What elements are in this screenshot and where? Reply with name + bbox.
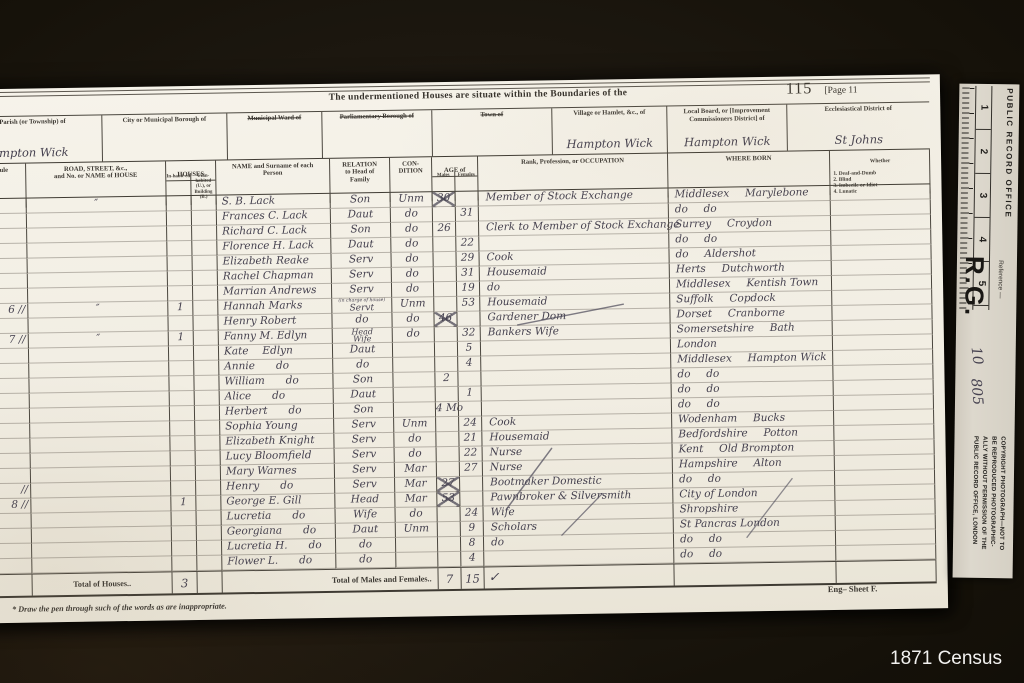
cell-disability: [831, 274, 932, 291]
cell-condition: do: [391, 282, 433, 298]
cell-uninhabited: [191, 226, 216, 241]
cell-road: [31, 556, 171, 573]
header-field-label: Municipal Ward of: [227, 112, 321, 123]
cell-inhabited: [166, 211, 191, 226]
cell-disability: [834, 469, 935, 486]
cell-age-male: [435, 387, 458, 402]
cell-disability: [830, 199, 931, 216]
cell-age-male: 53: [436, 492, 459, 507]
cell-disability: [833, 439, 934, 456]
header-field-civil-parish: Civil Parish (or Township) ofHampton Wic…: [0, 115, 102, 163]
total-houses-value: 3: [171, 572, 196, 593]
ruler-number-value: 3: [977, 193, 988, 199]
cell-disability: [833, 394, 934, 411]
cell-schedule: [0, 199, 26, 215]
cell-age-female: 32: [457, 327, 480, 342]
cell-disability: [829, 184, 930, 201]
cell-inhabited: [169, 436, 194, 451]
cell-age-female: 27: [459, 461, 482, 476]
cell-schedule: [0, 409, 29, 425]
cell-relation: do: [335, 553, 395, 569]
cell-age-female: 5: [457, 341, 480, 356]
cell-condition: [392, 372, 434, 388]
cell-age-male: [434, 357, 457, 372]
cell-disability: [831, 289, 932, 306]
cell-age-female: 22: [459, 446, 482, 461]
disability-whether: Whether: [833, 157, 927, 164]
cell-disability: [832, 364, 933, 381]
cell-age-female: [459, 476, 482, 491]
cell-condition: do: [390, 222, 432, 238]
cell-disability: [834, 484, 935, 501]
cell-schedule: [0, 289, 27, 305]
cell-age-male: [432, 252, 455, 267]
cell-age-male: [432, 237, 455, 252]
cell-age-female: 19: [456, 282, 479, 297]
cell-age-female: [457, 371, 480, 386]
cell-inhabited: [171, 541, 196, 556]
cell-age-male: 27: [436, 477, 459, 492]
cell-relation: Serv: [334, 478, 394, 494]
header-field-label: Town of: [432, 108, 551, 119]
cell-uninhabited: [193, 361, 218, 376]
cell-relation: Daut: [330, 208, 390, 224]
cell-inhabited: [168, 346, 193, 361]
cell-condition: do: [390, 207, 432, 223]
cell-age-male: [434, 342, 457, 357]
cell-condition: do: [390, 252, 432, 268]
cell-uninhabited: [195, 481, 220, 496]
header-field-parliamentary-borough: Parliamentary Borough of: [321, 110, 432, 158]
cell-disability: [832, 319, 933, 336]
cell-uninhabited: [192, 286, 217, 301]
cell-condition: do: [394, 507, 436, 523]
pro-reference-strip: 12345 PUBLIC RECORD OFFICE R.G. Referenc…: [953, 84, 1020, 579]
cell-age-male: 26: [432, 222, 455, 237]
cell-uninhabited: [196, 511, 221, 526]
totals-empty-disab: [835, 560, 936, 583]
cell-uninhabited: [191, 211, 216, 226]
cell-disability: [830, 244, 931, 261]
cell-inhabited: [167, 286, 192, 301]
cell-inhabited: [166, 196, 191, 211]
cell-age-male: [437, 552, 460, 567]
cell-relation: Daut: [335, 523, 395, 539]
cell-schedule: [0, 259, 27, 275]
page-number: 115 [Page 11: [786, 80, 858, 99]
cell-schedule: [0, 379, 29, 395]
cell-schedule: [0, 424, 29, 440]
cell-age-male: [433, 267, 456, 282]
cell-relation: Son: [332, 373, 392, 389]
cell-disability: [835, 529, 936, 546]
header-field-ecclesiastical-district: Ecclesiastical District ofSt Johns: [786, 102, 930, 150]
copyright-line: PUBLIC RECORD OFFICE, LONDON: [969, 436, 980, 572]
copyright-notice: COPYRIGHT PHOTOGRAPH—NOT TOBE REPRODUCED…: [969, 436, 1007, 572]
cell-inhabited: [169, 421, 194, 436]
cell-uninhabited: [193, 331, 218, 346]
header-field-value: [433, 151, 552, 153]
cell-uninhabited: [195, 451, 220, 466]
cell-inhabited: [167, 256, 192, 271]
header-field-value: [228, 155, 322, 156]
cell-age-female: [455, 192, 478, 207]
reference-label: Reference —: [996, 260, 1004, 350]
cell-condition: Unm: [393, 417, 435, 433]
cell-age-female: [456, 312, 479, 327]
cell-inhabited: [169, 391, 194, 406]
header-field-value: [103, 156, 227, 158]
cell-schedule: [0, 244, 27, 260]
cell-relation: Son: [330, 193, 390, 209]
header-field-value: Hampton Wick: [553, 136, 667, 152]
cell-schedule: [0, 544, 31, 560]
header-field-label: Civil Parish (or Township) of: [0, 115, 101, 127]
cell-inhabited: [171, 556, 196, 571]
header-field-municipal-ward: Municipal Ward of: [226, 112, 322, 159]
cell-age-female: 4: [460, 551, 483, 566]
cell-age-female: 53: [456, 297, 479, 312]
cell-schedule: [0, 514, 31, 530]
cell-relation: Serv: [334, 448, 394, 464]
ruler-number: 2: [975, 130, 991, 174]
cell-disability: [831, 304, 932, 321]
cell-age-male: [437, 522, 460, 537]
cell-schedule: [0, 439, 30, 455]
cell-age-male: [434, 327, 457, 342]
header-field-label: Ecclesiastical District of: [787, 102, 929, 114]
cell-condition: Mar: [394, 462, 436, 478]
totals-checkmark: ✓: [483, 564, 673, 588]
cell-condition: Mar: [394, 477, 436, 493]
cell-age-male: [433, 297, 456, 312]
cell-inhabited: [168, 376, 193, 391]
cell-condition: [392, 357, 434, 373]
cell-disability: [833, 424, 934, 441]
cell-uninhabited: [196, 556, 221, 571]
cell-age-male: 2: [434, 372, 457, 387]
header-field-town: Town of: [431, 108, 552, 156]
cell-occupation: [483, 548, 673, 566]
header-field-value: [323, 153, 432, 155]
cell-schedule: [0, 559, 31, 575]
ruler-number: 1: [976, 86, 992, 130]
cell-age-female: 21: [458, 431, 481, 446]
cell-inhabited: [167, 316, 192, 331]
cell-inhabited: [167, 271, 192, 286]
cell-disability: [831, 259, 932, 276]
cell-age-female: [459, 491, 482, 506]
cell-uninhabited: [192, 316, 217, 331]
cell-inhabited: 1: [170, 496, 195, 511]
cell-condition: do: [391, 267, 433, 283]
reference-piece: 805: [967, 378, 985, 406]
cell-condition: do: [392, 327, 434, 343]
cell-uninhabited: [193, 346, 218, 361]
cell-disability: [833, 409, 934, 426]
cell-age-male: 4 Mo: [435, 402, 458, 417]
cell-schedule: [0, 349, 28, 365]
cell-schedule: [0, 229, 26, 245]
cell-disability: [835, 514, 936, 531]
cell-inhabited: 1: [168, 331, 193, 346]
folio-number: 115: [786, 80, 813, 97]
cell-age-male: [436, 462, 459, 477]
cell-condition: [395, 537, 437, 553]
header-field-local-board: Local Board, or [Improvement Commissione…: [666, 105, 787, 153]
cell-name: Flower L. do: [221, 554, 335, 571]
header-field-label: City or Municipal Borough of: [102, 113, 226, 124]
total-females-value: 15: [460, 567, 483, 588]
cell-schedule: 7 ∕∕: [0, 334, 28, 350]
cell-uninhabited: [193, 376, 218, 391]
cell-inhabited: [166, 241, 191, 256]
census-page: The undermentioned Houses are situate wi…: [0, 74, 948, 624]
cell-disability: [830, 214, 931, 231]
cell-disability: [834, 454, 935, 471]
cell-relation: Daut: [330, 238, 390, 254]
totals-empty-born: [673, 562, 835, 586]
cell-relation: Daut: [332, 343, 392, 359]
cell-uninhabited: [195, 466, 220, 481]
cell-schedule: 6 ∕∕: [0, 304, 27, 320]
cell-relation: Serv: [334, 463, 394, 479]
header-field-label: Parliamentary Borough of: [322, 110, 431, 121]
page-label: [Page 11: [824, 86, 857, 97]
sheet-label: Eng– Sheet F.: [828, 583, 878, 594]
cell-disability: [830, 229, 931, 246]
reference-series: 10: [968, 346, 986, 366]
cell-inhabited: [170, 466, 195, 481]
cell-relation: Head: [334, 493, 394, 509]
cell-age-female: [458, 401, 481, 416]
header-field-city-borough: City or Municipal Borough of: [101, 113, 227, 161]
header-field-label: Local Board, or [Improvement Commissione…: [667, 105, 786, 124]
cell-age-female: 4: [457, 356, 480, 371]
cell-condition: [392, 342, 434, 358]
ruler-number-value: 2: [977, 149, 988, 155]
cell-age-male: [436, 507, 459, 522]
ruler-number: 3: [975, 174, 991, 218]
header-field-label: Village or Hamlet, &c., of: [552, 107, 666, 118]
cell-age-male: [432, 207, 455, 222]
cell-condition: Unm: [395, 522, 437, 538]
cell-age-female: 8: [460, 536, 483, 551]
cell-schedule: [0, 319, 28, 335]
image-caption: 1871 Census: [890, 648, 1002, 670]
cell-inhabited: [169, 406, 194, 421]
cell-disability: [832, 349, 933, 366]
cell-schedule: [0, 454, 30, 470]
cell-inhabited: [166, 226, 191, 241]
cell-age-male: [435, 417, 458, 432]
cell-schedule: [0, 529, 31, 545]
cell-condition: Unm: [390, 192, 432, 208]
cell-relation: do: [335, 538, 395, 554]
cell-age-male: [436, 447, 459, 462]
cell-age-male: [437, 537, 460, 552]
cell-condition: do: [391, 312, 433, 328]
cell-inhabited: [170, 451, 195, 466]
cell-uninhabited: [195, 496, 220, 511]
cell-schedule: [0, 214, 26, 230]
copyright-line: COPYRIGHT PHOTOGRAPH—NOT TO: [996, 436, 1007, 572]
cell-schedule: [0, 469, 30, 485]
cell-age-female: 31: [455, 207, 478, 222]
census-table: No. of Schedule ROAD, STREET, &c., and N…: [0, 148, 937, 598]
cell-relation: Serv: [331, 283, 391, 299]
cell-relation: (in charge of house)Servt: [331, 298, 391, 314]
cell-uninhabited: [192, 301, 217, 316]
cell-uninhabited: [191, 196, 216, 211]
cell-relation: Wife: [334, 508, 394, 524]
cell-disability: [833, 379, 934, 396]
cell-age-male: 46: [433, 312, 456, 327]
cell-uninhabited: [191, 241, 216, 256]
cell-condition: do: [390, 237, 432, 253]
total-males-value: 7: [437, 568, 460, 589]
cell-schedule: [0, 364, 28, 380]
cell-disability: [835, 544, 936, 561]
total-houses-label: Total of Houses..: [31, 572, 171, 595]
header-field-village: Village or Hamlet, &c., ofHampton Wick: [551, 107, 667, 155]
header-field-value: St Johns: [788, 131, 930, 147]
cell-age-female: 1: [458, 386, 481, 401]
cell-inhabited: [168, 361, 193, 376]
cell-relation: Serv: [333, 418, 393, 434]
totals-schedule: 3: [0, 575, 32, 597]
cell-condition: do: [394, 447, 436, 463]
cell-age-female: 9: [460, 521, 483, 536]
relation-value: Head Wife: [333, 328, 392, 343]
cell-age-female: 24: [458, 416, 481, 431]
cell-condition: [395, 552, 437, 568]
total-males-females-label: Total of Males and Females..: [221, 568, 437, 592]
cell-schedule: 8 ∕∕: [0, 499, 31, 515]
table-rows: ″S. B. LackSonUnm30Member of Stock Excha…: [0, 184, 936, 574]
cell-age-female: 31: [456, 267, 479, 282]
header-field-value: Hampton Wick: [668, 134, 787, 150]
ruler-number-value: 1: [978, 105, 989, 111]
cell-disability: [834, 499, 935, 516]
cell-relation: Serv: [330, 253, 390, 269]
relation-value: Servt: [332, 303, 391, 312]
cell-where-born: do do: [673, 546, 835, 564]
cell-uninhabited: [196, 541, 221, 556]
cell-age-male: [435, 432, 458, 447]
cell-age-male: [433, 282, 456, 297]
cell-relation: Daut: [333, 388, 393, 404]
cell-schedule: [0, 274, 27, 290]
header-field-value: Hampton Wick: [0, 144, 102, 160]
cell-uninhabited: [194, 421, 219, 436]
photograph-scene: The undermentioned Houses are situate wi…: [0, 0, 1024, 683]
cell-inhabited: [171, 511, 196, 526]
cell-relation: Head Wife: [332, 328, 392, 344]
cell-age-male: 30: [432, 192, 455, 207]
cell-inhabited: [170, 481, 195, 496]
cell-disability: [832, 334, 933, 351]
cell-uninhabited: [194, 391, 219, 406]
copyright-line: ALLY WITHOUT PERMISSION OF THE: [978, 436, 989, 572]
cell-uninhabited: [194, 436, 219, 451]
footnote: * Draw the pen through such of the words…: [12, 602, 227, 614]
cell-inhabited: [171, 526, 196, 541]
cell-age-female: 29: [455, 252, 478, 267]
cell-condition: [393, 387, 435, 403]
cell-relation: Son: [330, 223, 390, 239]
cell-uninhabited: [192, 256, 217, 271]
cell-uninhabited: [192, 271, 217, 286]
cell-age-female: [455, 222, 478, 237]
copyright-line: BE REPRODUCED PHOTOGRAPHIC-: [987, 436, 998, 572]
cell-schedule: ∕∕: [0, 484, 30, 500]
cell-condition: Unm: [391, 297, 433, 313]
cell-uninhabited: [194, 406, 219, 421]
boundary-heading: The undermentioned Houses are situate wi…: [248, 87, 708, 104]
cell-relation: Serv: [331, 268, 391, 284]
cell-age-female: 24: [459, 506, 482, 521]
rg-label: R.G.: [958, 256, 990, 351]
cell-relation: Serv: [333, 433, 393, 449]
totals-empty-cell: [196, 572, 221, 593]
cell-relation: Son: [333, 403, 393, 419]
cell-condition: do: [393, 432, 435, 448]
cell-schedule: [0, 394, 29, 410]
cell-inhabited: 1: [167, 301, 192, 316]
ruler-number-value: 4: [976, 237, 987, 243]
cell-condition: [393, 402, 435, 418]
cell-relation: do: [332, 358, 392, 374]
cell-uninhabited: [196, 526, 221, 541]
cell-condition: Mar: [394, 492, 436, 508]
cell-age-female: 22: [455, 237, 478, 252]
